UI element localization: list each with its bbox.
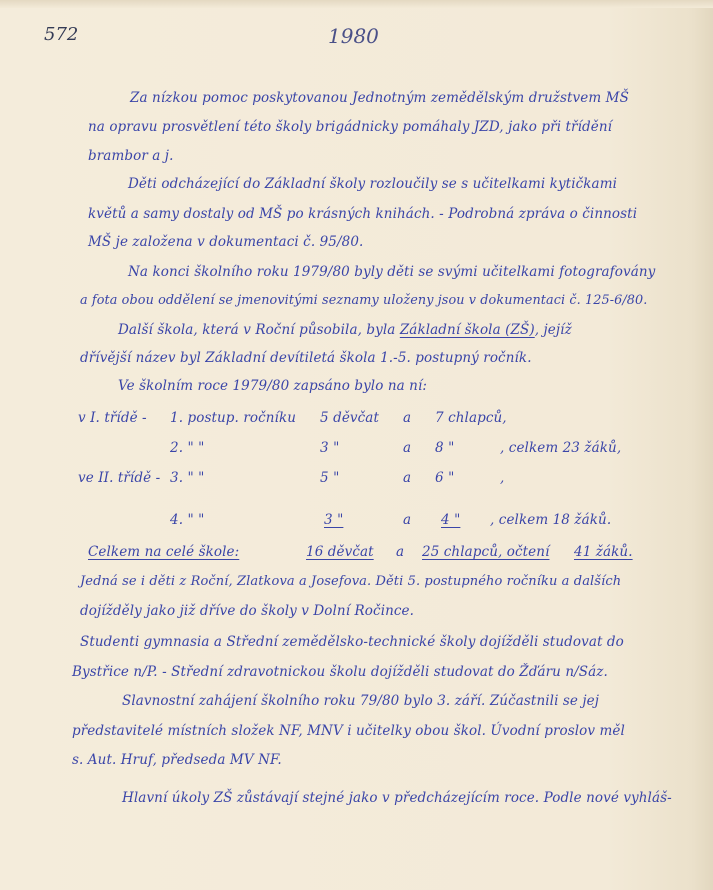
total-boys: 25 chlapců, očtení [422, 544, 550, 560]
text-line: Slavnostní zahájení školního roku 79/80 … [122, 693, 599, 709]
text-line: s. Aut. Hruf, předseda MV NF. [72, 752, 282, 768]
text-line: dojížděly jako již dříve do školy v Doln… [80, 603, 414, 619]
boys-cell: 6 " [435, 470, 454, 486]
and-cell: a [403, 512, 411, 528]
text-line: květů a samy dostaly od MŠ po krásných k… [88, 206, 637, 222]
text-line: Na konci školního roku 1979/80 byly děti… [128, 264, 655, 280]
text-line: Jedná se i děti z Roční, Zlatkova a Jose… [80, 574, 621, 589]
boys-cell: 4 " [425, 512, 476, 528]
text-line: dřívější název byl Základní devítiletá š… [80, 350, 532, 366]
total-pupils: 41 žáků. [574, 544, 633, 560]
grade-cell: 3. " " [170, 470, 204, 486]
total-cell: , celkem 23 žáků, [500, 440, 621, 456]
girls-cell: 5 " [320, 470, 339, 486]
text-line: Bystřice n/P. - Střední zdravotnickou šk… [72, 664, 608, 680]
text-line: na opravu prosvětlení této školy brigádn… [88, 119, 612, 135]
class-cell: ve II. třídě - [78, 470, 160, 486]
page-number: 572 [44, 24, 78, 45]
girls-cell: 3 " [320, 440, 339, 456]
total-girls: 16 děvčat [306, 544, 374, 560]
text-span: , jejíž [535, 322, 572, 338]
and-cell: a [403, 440, 411, 456]
text-line: Za nízkou pomoc poskytovanou Jednotným z… [130, 90, 629, 106]
girls-cell: 3 " [310, 512, 357, 528]
total-and: a [396, 544, 404, 560]
text-span: Další škola, která v Roční působila, byl… [118, 322, 395, 338]
and-cell: a [403, 470, 411, 486]
text-line: Ve školním roce 1979/80 zapsáno bylo na … [118, 378, 427, 394]
text-line: Další škola, která v Roční působila, byl… [118, 322, 572, 338]
text-line: brambor a j. [88, 148, 173, 164]
grade-cell: 2. " " [170, 440, 204, 456]
grade-cell: 1. postup. ročníku [170, 410, 296, 426]
text-line: MŠ je založena v dokumentaci č. 95/80. [88, 234, 363, 250]
class-cell: v I. třídě - [78, 410, 147, 426]
text-line: a fota obou oddělení se jmenovitými sezn… [80, 293, 647, 308]
and-cell: a [403, 410, 411, 426]
total-cell: , celkem 18 žáků. [490, 512, 611, 528]
total-cell: , [500, 470, 504, 486]
boys-cell: 7 chlapců, [435, 410, 507, 426]
handwritten-chronicle-page: 572 1980 Za nízkou pomoc poskytovanou Je… [0, 0, 713, 890]
boys-cell: 8 " [435, 440, 454, 456]
girls-cell: 5 děvčat [320, 410, 379, 426]
text-line: představitelé místních složek NF, MNV i … [72, 723, 625, 739]
text-line: Hlavní úkoly ZŠ zůstávají stejné jako v … [122, 790, 672, 806]
year-heading: 1980 [328, 24, 379, 48]
grade-cell: 4. " " [170, 512, 204, 528]
text-line: Studenti gymnasia a Střední zemědělsko-t… [80, 634, 624, 650]
total-label: Celkem na celé škole: [88, 544, 239, 560]
underlined-school-name: Základní škola (ZŠ) [400, 322, 535, 338]
text-line: Děti odcházející do Základní školy rozlo… [128, 176, 617, 192]
